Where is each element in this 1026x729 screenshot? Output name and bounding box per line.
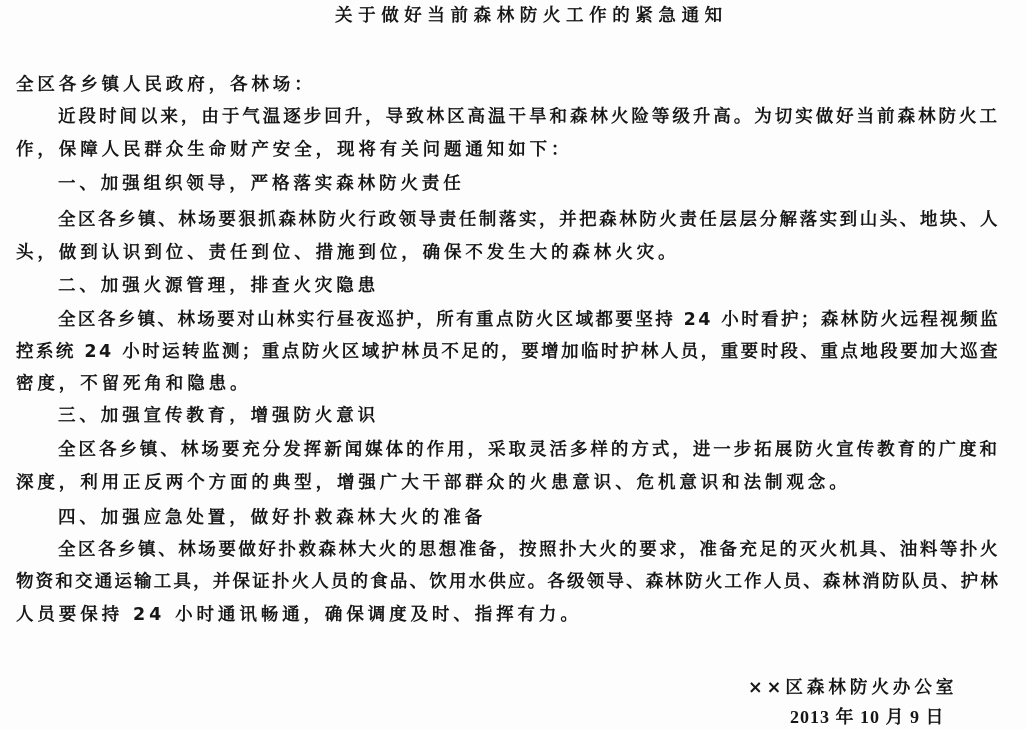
body-line: 三、加强宣传教育，增强防火意识 [58,405,379,427]
document-title: 关于做好当前森林防火工作的紧急通知 [335,5,728,27]
document-date: 2013 年 10 月 9 日 [790,706,945,728]
body-line: 四、加强应急处置，做好扑救森林大火的准备 [58,507,486,529]
body-line: 全区各乡镇、林场要做好扑救森林大火的思想准备，按照扑大火的要求，准备充足的灭火机… [58,539,1000,561]
body-line: 密度，不留死角和隐患。 [16,373,251,395]
body-line: 全区各乡镇、林场要充分发挥新闻媒体的作用，采取灵活多样的方式，进一步拓展防火宣传… [58,439,1000,461]
body-line: 物资和交通运输工具，并保证扑火人员的食品、饮用水供应。各级领导、森林防火工作人员… [16,571,1000,593]
body-line: 作，保障人民群众生命财产安全，现将有关问题通知如下： [16,139,572,161]
body-line: 二、加强火源管理，排查火灾隐患 [58,275,379,297]
body-line: 控系统 24 小时运转监测；重点防火区域护林员不足的，要增加临时护林人员，重要时… [16,341,1000,363]
body-line: 人员要保持 24 小时通讯畅通，确保调度及时、指挥有力。 [16,604,582,626]
body-line: 深度，利用正反两个方面的典型，增强广大干部群众的火患意识、危机意识和法制观念。 [16,472,851,494]
body-line: 一、加强组织领导，严格落实森林防火责任 [58,173,465,195]
body-line: 近段时间以来，由于气温逐步回升，导致林区高温干旱和森林火险等级升高。为切实做好当… [58,106,1000,128]
body-line: 全区各乡镇、林场要对山林实行昼夜巡护，所有重点防火区域都要坚持 24 小时看护；… [58,309,1000,331]
salutation: 全区各乡镇人民政府，各林场： [16,74,316,96]
body-line: 全区各乡镇、林场要狠抓森林防火行政领导责任制落实，并把森林防火责任层层分解落实到… [58,209,1000,231]
signature: ××区森林防火办公室 [748,677,957,699]
body-line: 头，做到认识到位、责任到位、措施到位，确保不发生大的森林火灾。 [16,242,679,264]
